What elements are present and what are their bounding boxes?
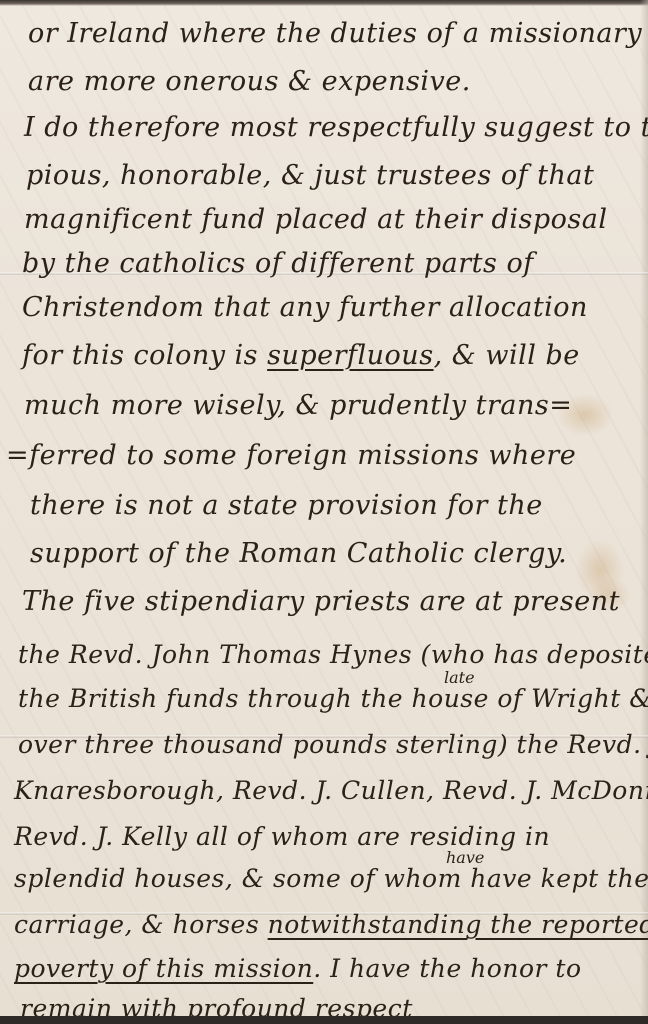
underlined-superfluous: superfluous (267, 340, 433, 371)
letter-line-7: Christendom that any further allocation (22, 292, 588, 323)
line-8-tail: , & will be (434, 340, 580, 371)
letter-line-5: magnificent fund placed at their disposa… (24, 204, 607, 235)
letter-line-8: for this colony is superfluous, & will b… (22, 340, 580, 371)
letter-line-20: carriage, & horses notwithstanding the r… (14, 910, 648, 939)
page-top-edge (0, 0, 648, 6)
letter-line-14: the Revd. John Thomas Hynes (who has dep… (18, 640, 648, 669)
letter-line-15: the British funds through the house of W… (18, 684, 648, 713)
letter-line-4: pious, honorable, & just trustees of tha… (26, 160, 594, 191)
line-20-text: carriage, & horses (14, 910, 268, 939)
letter-line-19: splendid houses, & some of whom have kep… (14, 864, 648, 893)
letter-line-9: much more wisely, & prudently trans= (24, 390, 572, 421)
underlined-notwithstanding: notwithstanding the reported (268, 910, 648, 939)
line-8-text: for this colony is (22, 340, 267, 371)
underlined-poverty: poverty of this mission (14, 954, 313, 983)
letter-line-21: poverty of this mission. I have the hono… (14, 954, 582, 983)
page-bottom-edge (0, 1016, 648, 1024)
letter-line-10: =ferred to some foreign missions where (6, 440, 576, 471)
letter-line-18: Revd. J. Kelly all of whom are residing … (14, 822, 550, 851)
letter-line-17: Knaresborough, Revd. J. Cullen, Revd. J.… (14, 776, 648, 805)
line-21-tail: . I have the honor to (313, 954, 581, 983)
letter-line-11: there is not a state provision for the (30, 490, 543, 521)
letter-page: or Ireland where the duties of a mission… (0, 0, 648, 1024)
letter-line-16: over three thousand pounds sterling) the… (18, 730, 648, 759)
letter-line-2: are more onerous & expensive. (28, 66, 471, 97)
letter-line-6: by the catholics of different parts of (22, 248, 534, 279)
letter-line-12: support of the Roman Catholic clergy. (30, 538, 567, 569)
letter-line-13: The five stipendiary priests are at pres… (22, 586, 620, 617)
letter-line-1: or Ireland where the duties of a mission… (28, 18, 642, 49)
letter-line-3: I do therefore most respectfully suggest… (24, 112, 648, 143)
